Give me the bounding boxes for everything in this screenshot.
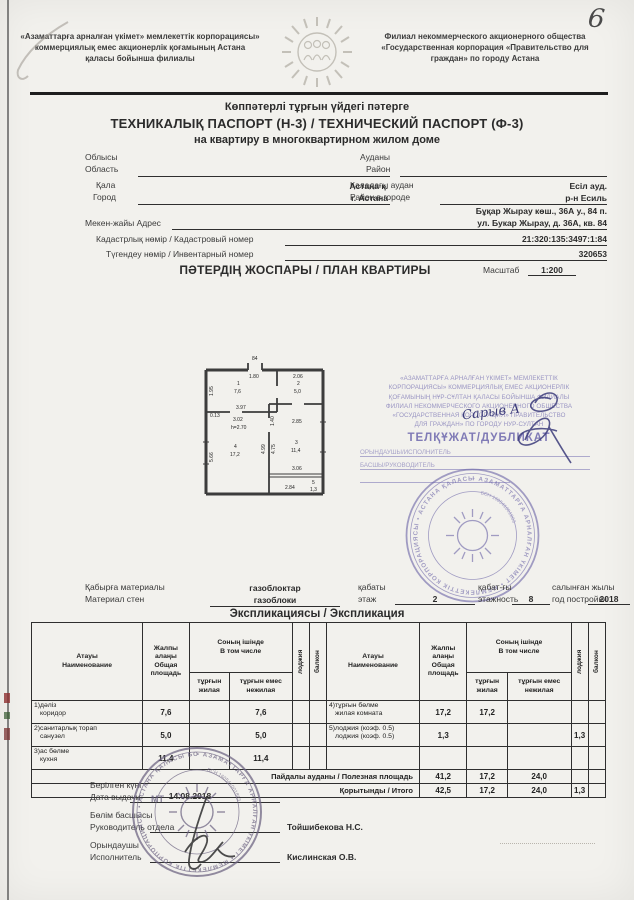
table-row: 2)санитарлық торапсанузел 5,0 5,0 5)лодж… <box>32 724 606 747</box>
plan-room-num: 3 <box>295 440 298 446</box>
plan-room-num: 1 <box>237 381 240 387</box>
field-address-label: Мекен-жайы Адрес <box>85 219 161 228</box>
handwritten-page-number: 6 <box>586 3 606 35</box>
plan-dim: 4.75 <box>271 444 277 454</box>
col-header-nonliving: тұрғын емеснежилая <box>507 673 571 701</box>
summary-total: 42,5 <box>419 784 466 798</box>
round-seal: • АЗАМАТТАРҒА АРНАЛҒАН ҮКІМЕТ • МЕМЛЕКЕТ… <box>400 463 545 608</box>
summary-total: 41,2 <box>419 770 466 784</box>
table-row: 3)ас бөлмекухня 11,4 11,4 <box>32 747 606 770</box>
plan-dim: 1.80 <box>249 374 259 380</box>
plan-dim: 1.40 <box>270 416 276 426</box>
pen-scratch <box>8 18 88 98</box>
cell-loggia <box>292 701 309 724</box>
red-mark <box>4 693 10 703</box>
plan-room-num: 2 <box>297 381 300 387</box>
col-header-nonliving: тұрғын емеснежилая <box>230 673 293 701</box>
col-header-incl: Соның ішіндеВ том числе <box>189 623 292 673</box>
seal-sun-rays <box>446 509 499 562</box>
field-city-district-line <box>440 192 607 205</box>
summary-living: 17,2 <box>467 770 507 784</box>
cell-total <box>419 747 466 770</box>
scan-dots <box>500 843 595 844</box>
col-header-total: Жалпы алаңыОбщая площадь <box>419 623 466 701</box>
cell-nonliving <box>507 724 571 747</box>
summary-living: 17,2 <box>467 784 507 798</box>
title-kk: Көппәтерлі тұрғын үйдегі пәтерге <box>117 101 517 113</box>
plan-room-num: 4 <box>234 444 237 450</box>
col-header-balcony: балкон <box>309 623 326 701</box>
cell-living <box>467 724 507 747</box>
cell-balcony <box>588 724 605 747</box>
header-org-ru: Филиал некоммерческого акционерного обще… <box>370 32 600 64</box>
plan-dim: 1.95 <box>209 386 215 396</box>
col-header-balcony: балкон <box>588 623 605 701</box>
year-value: 2018 <box>588 594 630 605</box>
plan-dim: 3.06 <box>292 466 302 472</box>
cell-living: 17,2 <box>467 701 507 724</box>
cell-balcony <box>588 701 605 724</box>
title-ru: на квартиру в многоквартирном жилом доме <box>117 134 517 146</box>
cell-loggia <box>571 747 588 770</box>
plan-dim: 2.06 <box>293 374 303 380</box>
plan-dim: 0.13 <box>210 413 220 419</box>
plan-dim: 5.66 <box>209 452 215 462</box>
cell-balcony <box>309 747 326 770</box>
cell-total: 1,3 <box>419 724 466 747</box>
cell-name <box>327 747 420 770</box>
cell-living <box>467 747 507 770</box>
wall-material-label-kk: Қабырға материалы <box>85 583 165 592</box>
cell-loggia: 1,3 <box>571 724 588 747</box>
field-city-kk: Қала <box>96 181 115 190</box>
summary-nonliving: 24,0 <box>507 770 571 784</box>
floor-label-kk: қабаты <box>358 583 386 592</box>
plan-scale-value: 1:200 <box>528 265 576 276</box>
plan-dim: 2.84 <box>285 485 295 491</box>
field-district-ru: Район <box>366 165 390 174</box>
plan-apartment-number: 84 <box>252 356 258 362</box>
col-header-name: АтауыНаименование <box>32 623 143 701</box>
cell-balcony <box>588 747 605 770</box>
col-header-incl: Соның ішіндеВ том числе <box>467 623 571 673</box>
cell-name: 5)лоджия (коэф. 0.5)лоджия (коэф. 0.5) <box>327 724 420 747</box>
table-row: 1)дәлізкоридор 7,6 7,6 4)тұрғын бөлмежил… <box>32 701 606 724</box>
executor-name: Кислинская О.В. <box>287 852 356 862</box>
field-city-district-ru: Район в городе <box>350 193 410 202</box>
cell-nonliving <box>507 701 571 724</box>
plan-room-area: 17,2 <box>230 452 240 458</box>
plan-dim: 4.99 <box>261 444 267 454</box>
field-city-ru: Город <box>93 193 116 202</box>
explication-title: Экспликациясы / Экспликация <box>167 608 467 620</box>
cell-loggia <box>292 724 309 747</box>
field-district-line <box>400 164 607 177</box>
year-label-kk: салынған жылы <box>552 583 615 592</box>
summary-balcony <box>588 784 605 798</box>
plan-dim: 3.02 <box>233 417 243 423</box>
seal-mt-text: МТ <box>151 794 164 804</box>
col-header-living: тұрғынжилая <box>467 673 507 701</box>
plan-room-area: 5,0 <box>294 389 301 395</box>
sun-rays <box>282 17 352 87</box>
col-header-total: Жалпы алаңыОбщая площадь <box>143 623 189 701</box>
plan-scale-label: Масштаб <box>483 266 519 275</box>
cell-nonliving <box>507 747 571 770</box>
header-org-ru-line: Филиал некоммерческого акционерного обще… <box>370 32 600 43</box>
header-org-ru-line: «Государственная корпорация «Правительст… <box>370 43 600 54</box>
plan-room-area: 7,6 <box>234 389 241 395</box>
scan-left-edge <box>7 0 9 900</box>
wall-material-label-ru: Материал стен <box>85 595 144 604</box>
cell-name: 1)дәлізкоридор <box>32 701 143 724</box>
technical-passport-page: 6 «Азаматтарға арналған үкімет» мемлекет… <box>0 0 634 900</box>
plan-title: ПӘТЕРДІҢ ЖОСПАРЫ / ПЛАН КВАРТИРЫ <box>140 263 470 277</box>
cell-total: 17,2 <box>419 701 466 724</box>
col-header-loggia: лоджия <box>571 623 588 701</box>
header-divider <box>30 92 608 95</box>
field-cadastral-label: Кадастрлық нөмір / Кадастровый номер <box>96 235 253 244</box>
field-region-ru: Область <box>85 165 118 174</box>
field-region-kk: Облысы <box>85 153 118 162</box>
cell-name: 3)ас бөлмекухня <box>32 747 143 770</box>
field-address-value-kk: Бұқар Жырау көш., 36А у., 84 п. <box>400 206 607 216</box>
plan-room-area: 11,4 <box>291 448 301 454</box>
floor-value: 2 <box>395 594 475 605</box>
head-name: Тойшибекова Н.С. <box>287 822 363 832</box>
col-header-loggia: лоджия <box>292 623 309 701</box>
col-header-name: АтауыНаименование <box>327 623 420 701</box>
summary-balcony <box>588 770 605 784</box>
col-header-living: тұрғынжилая <box>189 673 229 701</box>
field-city-district-value-kk: Есіл ауд. <box>480 181 607 191</box>
explication-table: АтауыНаименование Жалпы алаңыОбщая площа… <box>31 622 606 798</box>
cell-name: 4)тұрғын бөлмежилая комната <box>327 701 420 724</box>
red-mark <box>4 712 10 719</box>
wall-material-value-kk: газоблоктар <box>210 583 340 593</box>
cell-total: 7,6 <box>143 701 189 724</box>
summary-loggia <box>571 770 588 784</box>
summary-loggia: 1,3 <box>571 784 588 798</box>
field-inventory-line <box>285 248 607 261</box>
header-org-ru-line: граждан» по городу Астана <box>370 54 600 65</box>
field-city-district-kk: Қаладағы аудан <box>350 181 414 190</box>
sun-logo <box>262 12 372 92</box>
cell-living <box>189 701 229 724</box>
summary-nonliving: 24,0 <box>507 784 571 798</box>
stamp-line: «АЗАМАТТАРҒА АРНАЛҒАН ҮКІМЕТ» МЕМЛЕКЕТТІ… <box>360 374 598 383</box>
cell-nonliving: 7,6 <box>230 701 293 724</box>
plan-dim: 3.97 <box>236 405 246 411</box>
floors-label-kk: қабат-ғы <box>478 583 512 592</box>
cell-balcony <box>309 701 326 724</box>
field-region-line <box>138 164 390 177</box>
cell-balcony <box>309 724 326 747</box>
field-inventory-label: Түгендеу нөмір / Инвентарный номер <box>106 250 253 259</box>
plan-room-num: 5 <box>312 480 315 486</box>
plan-room-area: 1,3 <box>310 487 317 493</box>
family-figures <box>304 41 330 61</box>
cell-loggia <box>292 747 309 770</box>
plan-dim: h=2.70 <box>231 425 247 431</box>
floors-value: 8 <box>512 594 550 605</box>
floor-label-ru: этаж <box>358 595 376 604</box>
floor-plan: 84 1 7,6 1.80 1.95 3.97 2 5,0 2.06 1.40 … <box>192 352 342 510</box>
stamp-signature-flourish <box>505 385 585 470</box>
page-title: ТЕХНИКАЛЫҚ ПАСПОРТ (Н-3) / ТЕХНИЧЕСКИЙ П… <box>67 116 567 131</box>
wall-material-line <box>210 594 340 607</box>
field-address-line <box>172 217 607 230</box>
red-mark <box>4 728 10 740</box>
field-cadastral-line <box>285 233 607 246</box>
executor-signature <box>165 790 255 880</box>
plan-dim: 2.85 <box>292 419 302 425</box>
field-district-kk: Ауданы <box>360 153 390 162</box>
cell-name: 2)санитарлық торапсанузел <box>32 724 143 747</box>
cell-loggia <box>571 701 588 724</box>
